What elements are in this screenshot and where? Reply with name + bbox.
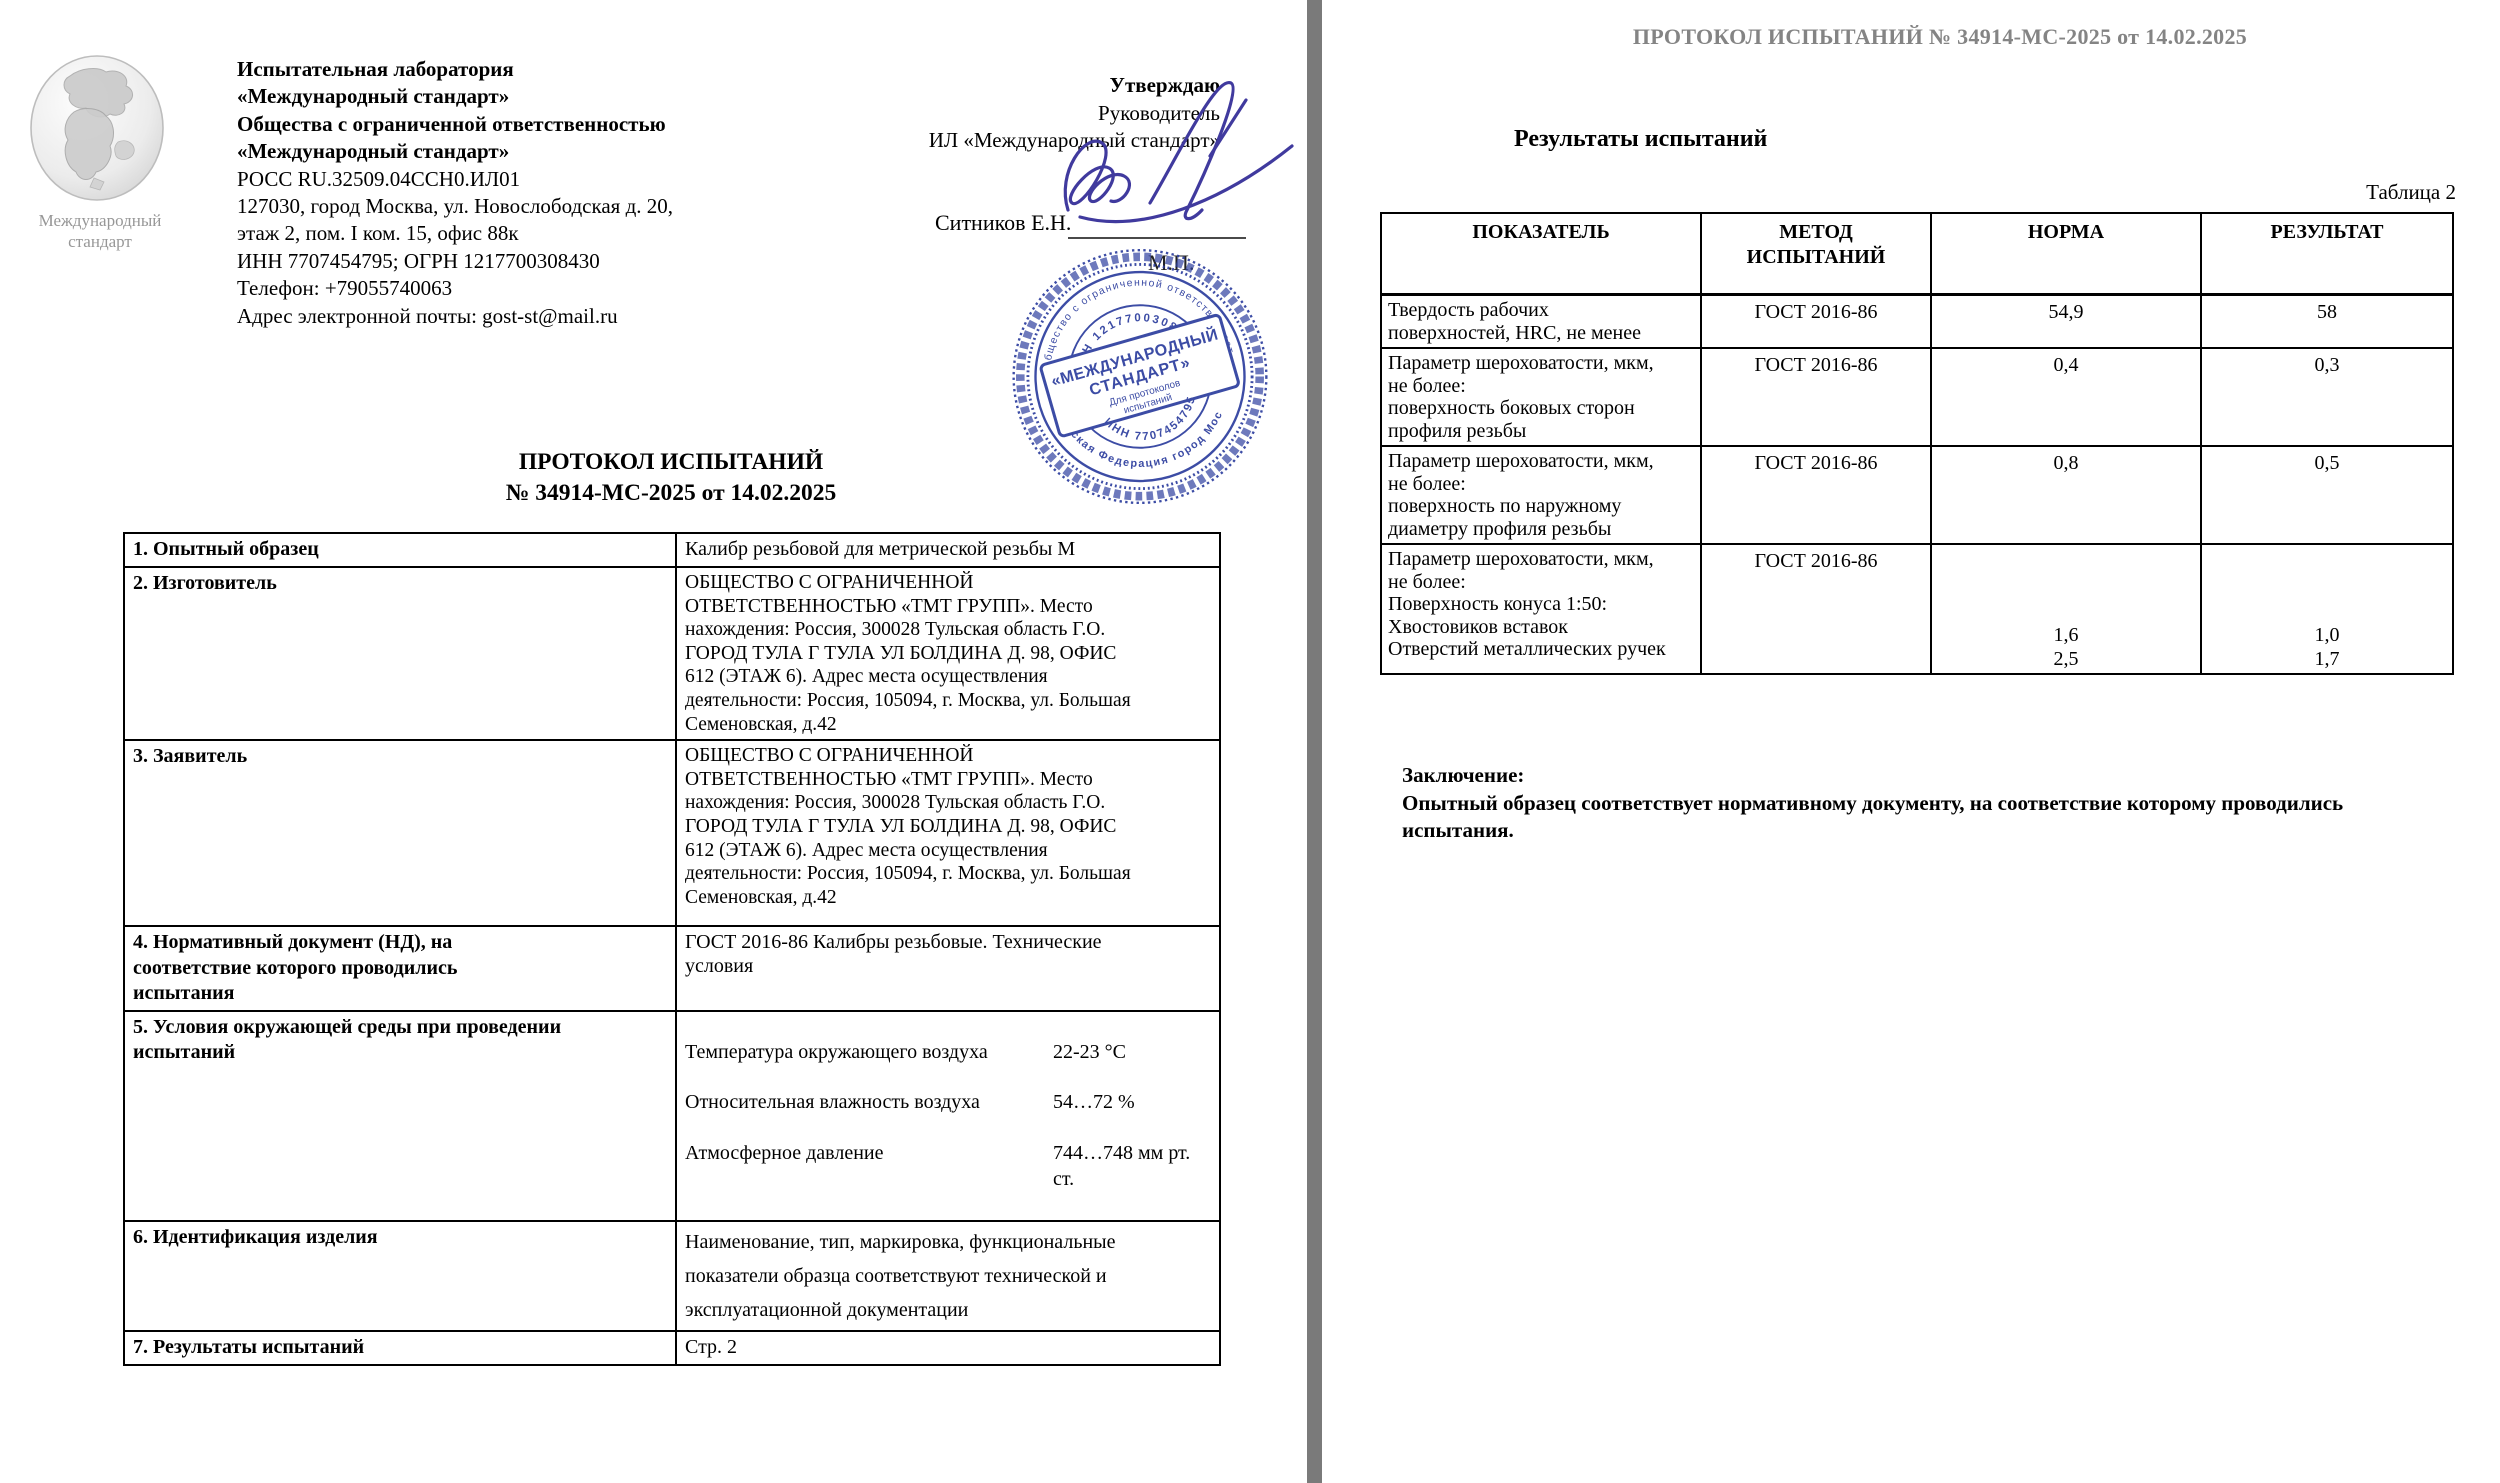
- lab-info-line: Телефон: +79055740063: [237, 275, 673, 302]
- env-line: Температура окружающего воздуха 22-23 °С: [685, 1039, 1211, 1066]
- table-row: 6. Идентификация изделия Наименование, т…: [124, 1221, 1220, 1331]
- cell-result: 1,0 1,7: [2201, 544, 2453, 674]
- row-label: 3. Заявитель: [124, 740, 676, 926]
- lab-info-line: «Международный стандарт»: [237, 83, 673, 110]
- protocol-info-table: 1. Опытный образец Калибр резьбовой для …: [123, 532, 1221, 1366]
- results-row: Параметр шероховатости, мкм, не более: П…: [1381, 544, 2453, 674]
- results-row: Параметр шероховатости, мкм, не более: п…: [1381, 348, 2453, 446]
- table-row: 5. Условия окружающей среды при проведен…: [124, 1011, 1220, 1221]
- conclusion-block: Заключение: Опытный образец соответствуе…: [1402, 762, 2462, 845]
- env-line: Относительная влажность воздуха 54…72 %: [685, 1089, 1211, 1116]
- cell-method: ГОСТ 2016-86: [1701, 295, 1931, 349]
- cell-indicator: Параметр шероховатости, мкм, не более: п…: [1381, 446, 1701, 544]
- lab-info-line: Адрес электронной почты: gost-st@mail.ru: [237, 303, 673, 330]
- env-value: 22-23 °С: [1053, 1039, 1126, 1066]
- lab-info-line: РОСС RU.32509.04ССН0.ИЛ01: [237, 166, 673, 193]
- lab-info-line: Испытательная лаборатория: [237, 56, 673, 83]
- right-page: ПРОТОКОЛ ИСПЫТАНИЙ № 34914-МС-2025 от 14…: [1322, 0, 2500, 1483]
- cell-norm: 54,9: [1931, 295, 2201, 349]
- row-label: 2. Изготовитель: [124, 567, 676, 740]
- results-table: ПОКАЗАТЕЛЬ МЕТОД ИСПЫТАНИЙ НОРМА РЕЗУЛЬТ…: [1380, 212, 2454, 675]
- left-page: Международный стандарт Испытательная лаб…: [0, 0, 1307, 1483]
- row-label: 4. Нормативный документ (НД), на соответ…: [124, 926, 676, 1011]
- cell-norm: 0,8: [1931, 446, 2201, 544]
- row-value: Наименование, тип, маркировка, функциона…: [676, 1221, 1220, 1331]
- results-row: Параметр шероховатости, мкм, не более: п…: [1381, 446, 2453, 544]
- row-value: Стр. 2: [676, 1331, 1220, 1365]
- table-row: 3. Заявитель ОБЩЕСТВО С ОГРАНИЧЕННОЙ ОТВ…: [124, 740, 1220, 926]
- env-line: Атмосферное давление 744…748 мм рт. ст.: [685, 1140, 1211, 1193]
- logo-caption: Международный стандарт: [5, 210, 195, 252]
- env-name: Температура окружающего воздуха: [685, 1039, 1053, 1066]
- env-value: 744…748 мм рт. ст.: [1053, 1140, 1211, 1193]
- table-row: 7. Результаты испытаний Стр. 2: [124, 1331, 1220, 1365]
- results-row: Твердость рабочих поверхностей, HRC, не …: [1381, 295, 2453, 349]
- col-header-indicator: ПОКАЗАТЕЛЬ: [1381, 213, 1701, 295]
- cell-result: 58: [2201, 295, 2453, 349]
- conclusion-text: Опытный образец соответствует нормативно…: [1402, 790, 2462, 845]
- page-header: ПРОТОКОЛ ИСПЫТАНИЙ № 34914-МС-2025 от 14…: [1390, 24, 2490, 50]
- row-label: 6. Идентификация изделия: [124, 1221, 676, 1331]
- document-title-line2: № 34914-МС-2025 от 14.02.2025: [123, 478, 1219, 509]
- table-row: 4. Нормативный документ (НД), на соответ…: [124, 926, 1220, 1011]
- conclusion-heading: Заключение:: [1402, 762, 2462, 790]
- globe-logo-icon: [22, 50, 172, 208]
- row-value: Калибр резьбовой для метрической резьбы …: [676, 533, 1220, 567]
- table-caption: Таблица 2: [1380, 180, 2456, 205]
- table-row: 2. Изготовитель ОБЩЕСТВО С ОГРАНИЧЕННОЙ …: [124, 567, 1220, 740]
- test-protocol-document: Международный стандарт Испытательная лаб…: [0, 0, 2500, 1483]
- document-title: ПРОТОКОЛ ИСПЫТАНИЙ № 34914-МС-2025 от 14…: [123, 447, 1219, 509]
- lab-info-block: Испытательная лаборатория «Международный…: [237, 56, 673, 330]
- signer-name: Ситников Е.Н.: [935, 210, 1071, 236]
- cell-indicator: Параметр шероховатости, мкм, не более: п…: [1381, 348, 1701, 446]
- cell-method: ГОСТ 2016-86: [1701, 348, 1931, 446]
- env-name: Относительная влажность воздуха: [685, 1089, 1053, 1116]
- cell-result: 0,5: [2201, 446, 2453, 544]
- row-label: 7. Результаты испытаний: [124, 1331, 676, 1365]
- cell-norm: 1,6 2,5: [1931, 544, 2201, 674]
- cell-method: ГОСТ 2016-86: [1701, 446, 1931, 544]
- row-value-environment: Температура окружающего воздуха 22-23 °С…: [676, 1011, 1220, 1221]
- col-header-norm: НОРМА: [1931, 213, 2201, 295]
- row-label: 5. Условия окружающей среды при проведен…: [124, 1011, 676, 1221]
- row-value: ОБЩЕСТВО С ОГРАНИЧЕННОЙ ОТВЕТСТВЕННОСТЬЮ…: [676, 740, 1220, 926]
- row-label: 1. Опытный образец: [124, 533, 676, 567]
- table-row: 1. Опытный образец Калибр резьбовой для …: [124, 533, 1220, 567]
- row-value: ОБЩЕСТВО С ОГРАНИЧЕННОЙ ОТВЕТСТВЕННОСТЬЮ…: [676, 567, 1220, 740]
- logo-caption-line1: Международный: [5, 210, 195, 231]
- cell-indicator: Параметр шероховатости, мкм, не более: П…: [1381, 544, 1701, 674]
- document-title-line1: ПРОТОКОЛ ИСПЫТАНИЙ: [123, 447, 1219, 478]
- lab-info-line: этаж 2, пом. I ком. 15, офис 88к: [237, 220, 673, 247]
- lab-info-line: «Международный стандарт»: [237, 138, 673, 165]
- col-header-result: РЕЗУЛЬТАТ: [2201, 213, 2453, 295]
- lab-info-line: ИНН 7707454795; ОГРН 1217700308430: [237, 248, 673, 275]
- logo-caption-line2: стандарт: [5, 231, 195, 252]
- env-name: Атмосферное давление: [685, 1140, 1053, 1193]
- cell-norm: 0,4: [1931, 348, 2201, 446]
- page-divider: [1307, 0, 1322, 1483]
- col-header-method: МЕТОД ИСПЫТАНИЙ: [1701, 213, 1931, 295]
- lab-info-line: Общества с ограниченной ответственностью: [237, 111, 673, 138]
- section-title: Результаты испытаний: [1514, 126, 1767, 153]
- cell-result: 0,3: [2201, 348, 2453, 446]
- signature: [1050, 60, 1300, 245]
- lab-info-line: 127030, город Москва, ул. Новослободская…: [237, 193, 673, 220]
- env-value: 54…72 %: [1053, 1089, 1135, 1116]
- results-header-row: ПОКАЗАТЕЛЬ МЕТОД ИСПЫТАНИЙ НОРМА РЕЗУЛЬТ…: [1381, 213, 2453, 295]
- cell-method: ГОСТ 2016-86: [1701, 544, 1931, 674]
- cell-indicator: Твердость рабочих поверхностей, HRC, не …: [1381, 295, 1701, 349]
- row-value: ГОСТ 2016-86 Калибры резьбовые. Техничес…: [676, 926, 1220, 1011]
